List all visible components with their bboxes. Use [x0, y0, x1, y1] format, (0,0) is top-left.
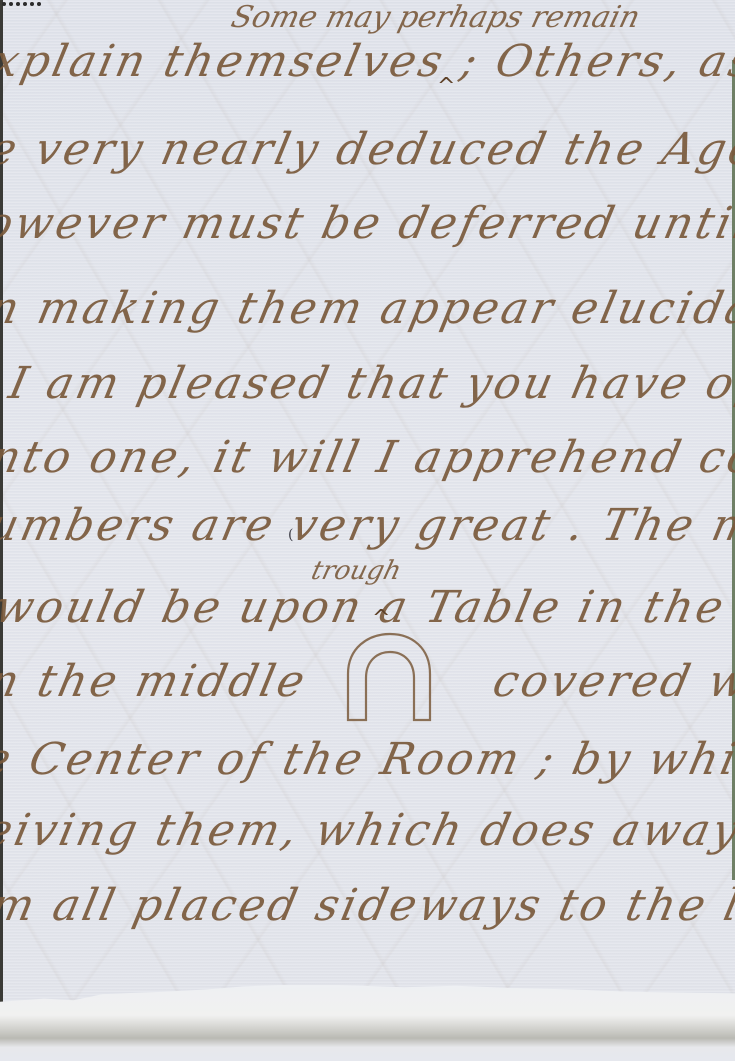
manuscript-line: e very nearly deduced the Age	[0, 124, 735, 175]
manuscript-line-continued: covered wi	[489, 656, 735, 707]
manuscript-line: eiving them, which does away t	[0, 805, 735, 856]
manuscript-line: xplain themselves ; Others, as	[0, 36, 735, 87]
manuscript-line: m all placed sideways to the lig	[0, 880, 735, 931]
manuscript-line: e Center of the Room ; by whi	[0, 734, 735, 785]
torn-paper-edge	[0, 985, 735, 1061]
manuscript-line: nto one, it will I apprehend comp	[0, 432, 735, 483]
caret-mark: ^	[372, 606, 390, 631]
manuscript-line: n the middle	[0, 656, 312, 707]
manuscript-line: umbers are very great . The m	[0, 500, 735, 551]
stray-mark: (	[288, 527, 293, 543]
caret-mark: ^	[437, 74, 455, 99]
manuscript-page: Some may perhaps remain xplain themselve…	[0, 0, 735, 1061]
manuscript-line: owever must be deferred until	[0, 198, 735, 249]
insertion-text: Some may perhaps remain	[228, 0, 644, 35]
perforation-dots	[2, 2, 41, 6]
manuscript-line: n making them appear elucidated	[0, 283, 735, 334]
manuscript-line: would be upon a Table in the g	[0, 582, 735, 633]
manuscript-line: I am pleased that you have opened	[5, 358, 735, 409]
horseshoe-sketch-icon	[344, 632, 434, 724]
